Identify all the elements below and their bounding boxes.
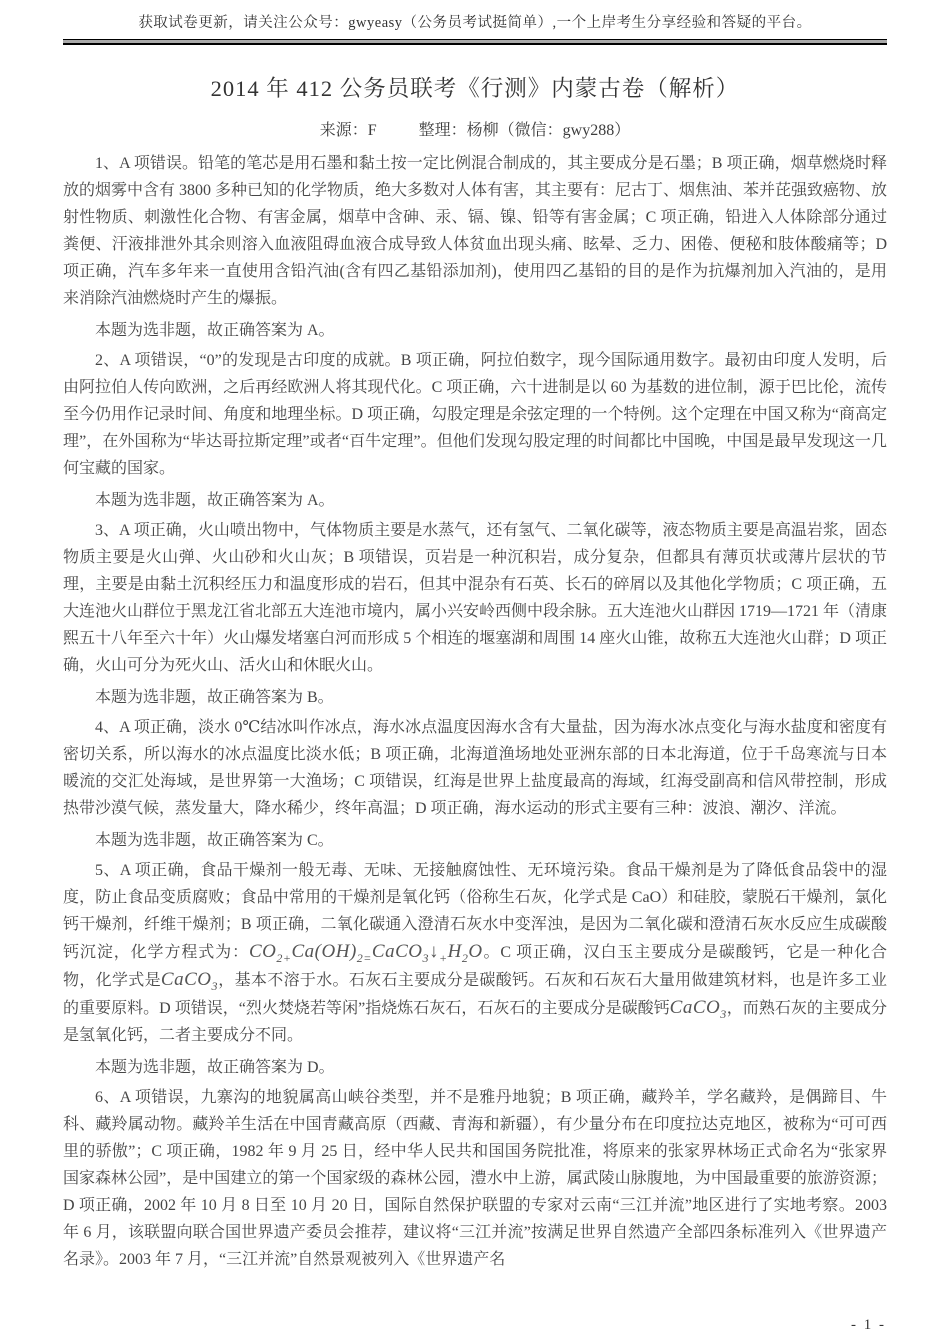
header-divider <box>63 39 887 45</box>
explanation-paragraph: 1、A 项错误。铅笔的笔芯是用石墨和黏土按一定比例混合制成的，其主要成分是石墨；… <box>63 150 887 312</box>
answer-paragraph: 本题为选非题，故正确答案为 D。 <box>63 1054 887 1081</box>
page-number: - 1 - <box>851 1317 886 1333</box>
chemical-formula: CO2+Ca(OH)2=CaCO3↓+H2O <box>249 941 483 962</box>
explanation-paragraph: 3、A 项正确，火山喷出物中，气体物质主要是水蒸气，还有氢气、二氧化碳等，液态物… <box>63 517 887 679</box>
explanation-paragraph: 2、A 项错误，“0”的发现是古印度的成就。B 项正确，阿拉伯数字，现今国际通用… <box>63 347 887 482</box>
document-subtitle: 来源：F 整理：杨柳（微信：gwy288） <box>63 117 887 140</box>
answer-paragraph: 本题为选非题，故正确答案为 C。 <box>63 827 887 854</box>
page-footer: - 1 - <box>851 1317 886 1334</box>
answer-paragraph: 本题为选非题，故正确答案为 A。 <box>63 487 887 514</box>
document-body: 1、A 项错误。铅笔的笔芯是用石墨和黏土按一定比例混合制成的，其主要成分是石墨；… <box>63 150 887 1273</box>
chemical-formula: CaCO3 <box>161 969 218 990</box>
editor-label: 整理：杨柳（微信：gwy288） <box>419 122 631 139</box>
document-page: 获取试卷更新，请关注公众号：gwyeasy（公务员考试挺简单）,一个上岸考生分享… <box>0 0 950 1344</box>
header-notice: 获取试卷更新，请关注公众号：gwyeasy（公务员考试挺简单）,一个上岸考生分享… <box>63 12 887 34</box>
source-label: 来源：F <box>320 122 377 139</box>
explanation-paragraph: 5、A 项正确，食品干燥剂一般无毒、无味、无接触腐蚀性、无环境污染。食品干燥剂是… <box>63 857 887 1049</box>
chemical-formula: CaCO3 <box>670 997 727 1018</box>
page-header: 获取试卷更新，请关注公众号：gwyeasy（公务员考试挺简单）,一个上岸考生分享… <box>63 12 887 45</box>
document-title: 2014 年 412 公务员联考《行测》内蒙古卷（解析） <box>63 71 887 103</box>
answer-paragraph: 本题为选非题，故正确答案为 B。 <box>63 684 887 711</box>
answer-paragraph: 本题为选非题，故正确答案为 A。 <box>63 317 887 344</box>
explanation-paragraph: 6、A 项错误，九寨沟的地貌属高山峡谷类型，并不是雅丹地貌；B 项正确，藏羚羊，… <box>63 1084 887 1273</box>
explanation-paragraph: 4、A 项正确，淡水 0℃结冰叫作冰点，海水冰点温度因海水含有大量盐，因为海水冰… <box>63 714 887 822</box>
